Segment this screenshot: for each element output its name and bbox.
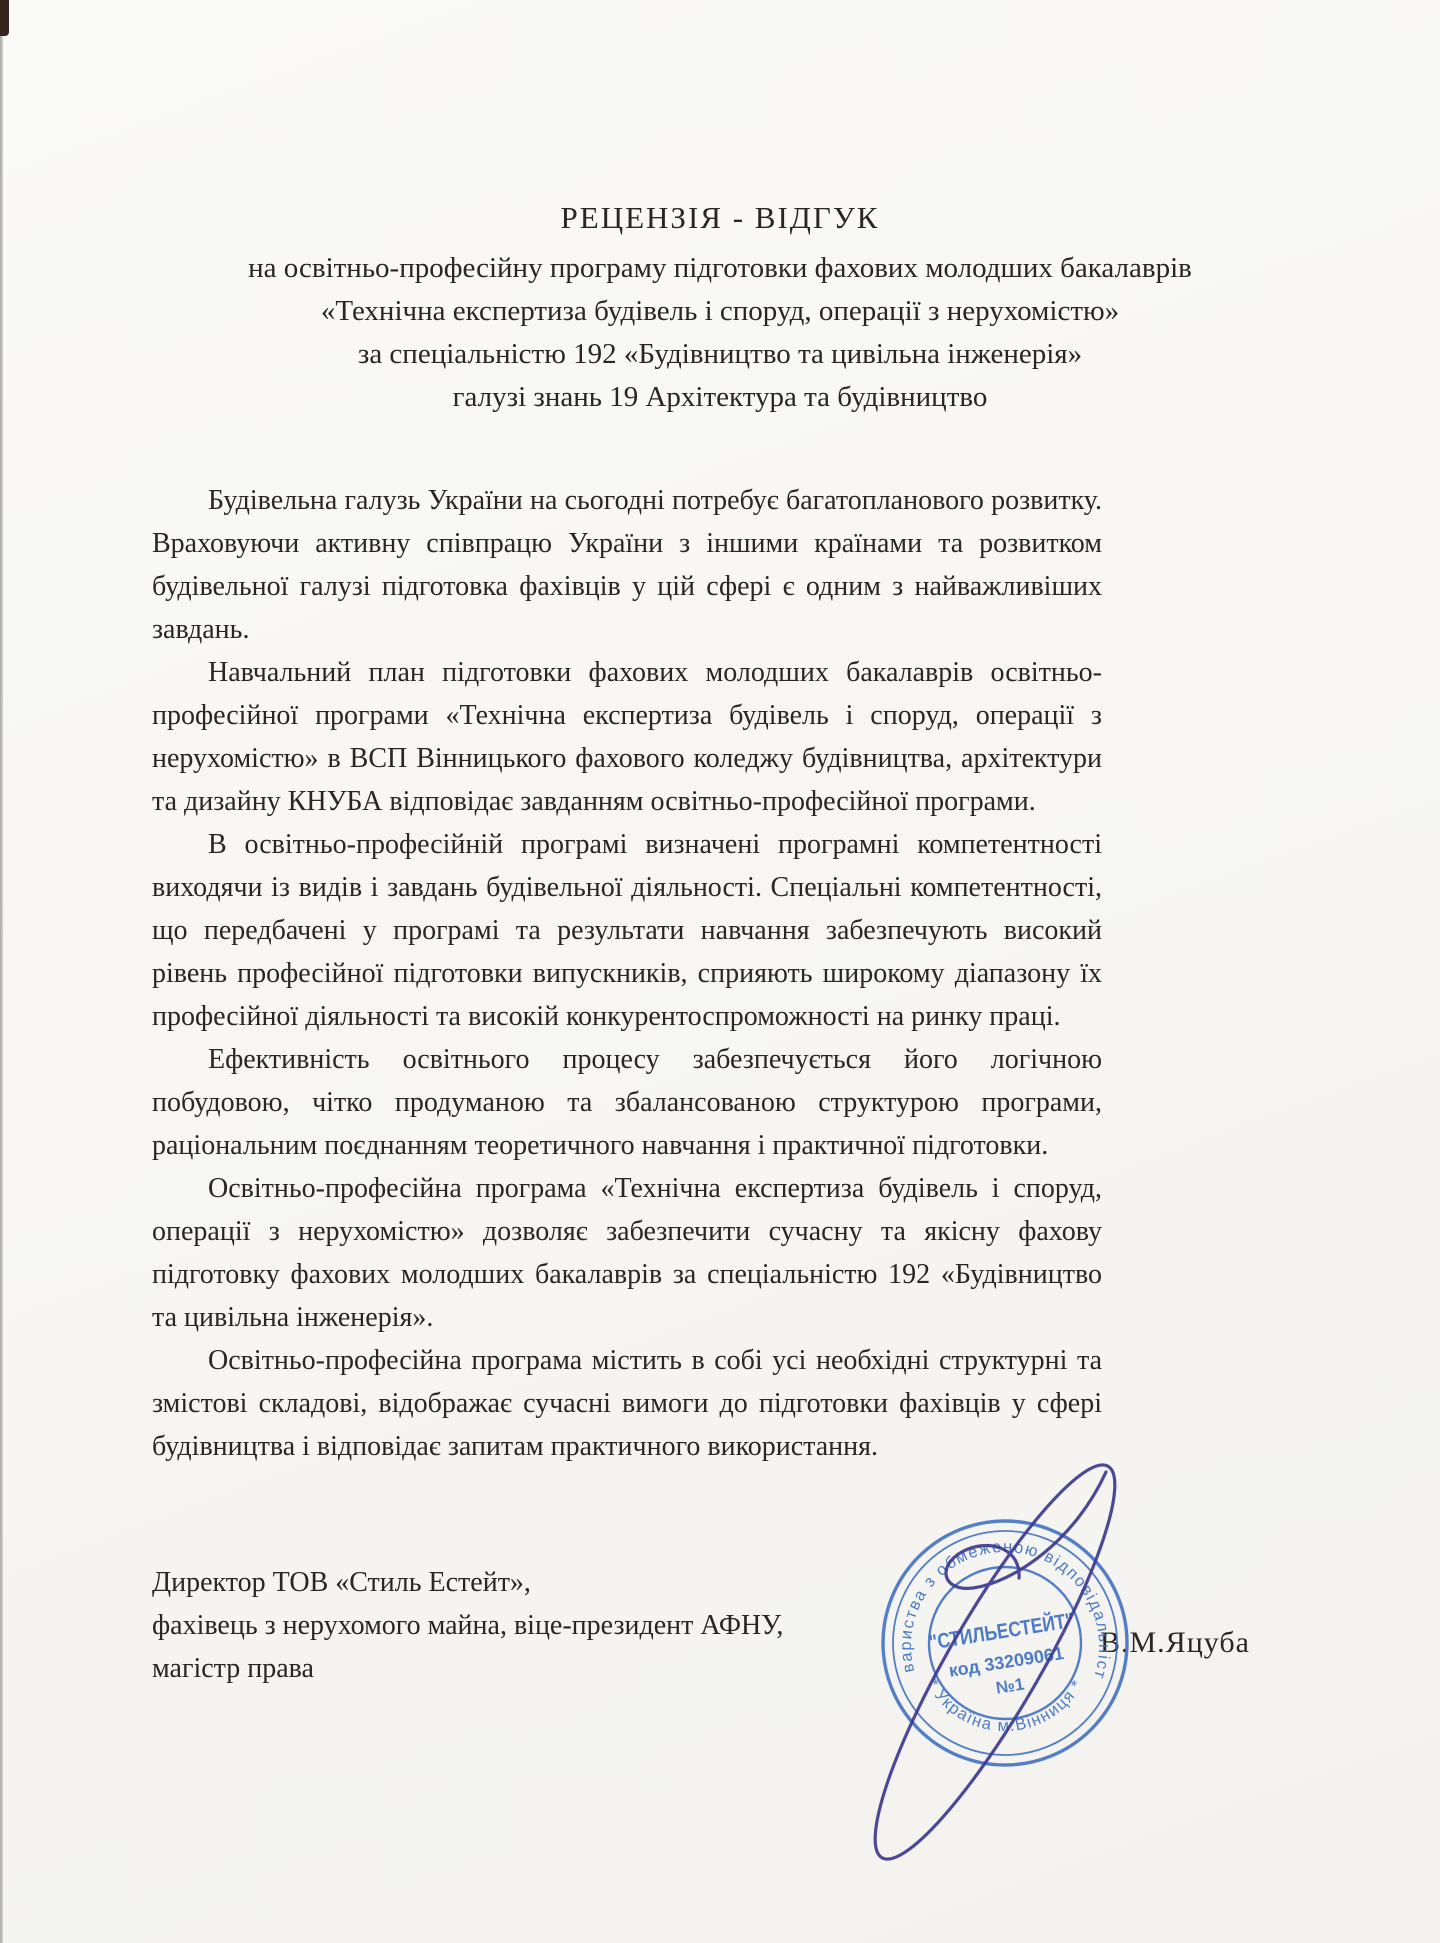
paragraph: Навчальний план підготовки фахових молод… <box>152 651 1102 823</box>
paragraph: Освітньо-професійна програма «Технічна е… <box>152 1167 1102 1339</box>
scan-edge-line <box>0 0 3 1943</box>
document-header: РЕЦЕНЗІЯ - ВІДГУК на освітньо-професійну… <box>0 0 1440 419</box>
scan-corner-artifact <box>0 0 9 36</box>
document-subtitle-line: «Технічна експертиза будівель і споруд, … <box>0 290 1440 333</box>
signature-ink <box>790 1420 1170 1920</box>
paragraph: В освітньо-професійній програмі визначен… <box>152 823 1102 1038</box>
scanned-document-page: РЕЦЕНЗІЯ - ВІДГУК на освітньо-професійну… <box>0 0 1440 1943</box>
document-subtitle-line: за спеціальністю 192 «Будівництво та цив… <box>0 333 1440 376</box>
signature-ink-loop <box>842 1443 1148 1880</box>
document-body: Будівельна галузь України на сьогодні по… <box>0 479 1440 1468</box>
paragraph: Ефективність освітнього процесу забезпеч… <box>152 1038 1102 1167</box>
document-subtitle-line: на освітньо-професійну програму підготов… <box>0 247 1440 290</box>
document-subtitle-line: галузі знань 19 Архітектура та будівницт… <box>0 376 1440 419</box>
paragraph: Будівельна галузь України на сьогодні по… <box>152 479 1102 651</box>
document-title: РЕЦЕНЗІЯ - ВІДГУК <box>0 196 1440 239</box>
